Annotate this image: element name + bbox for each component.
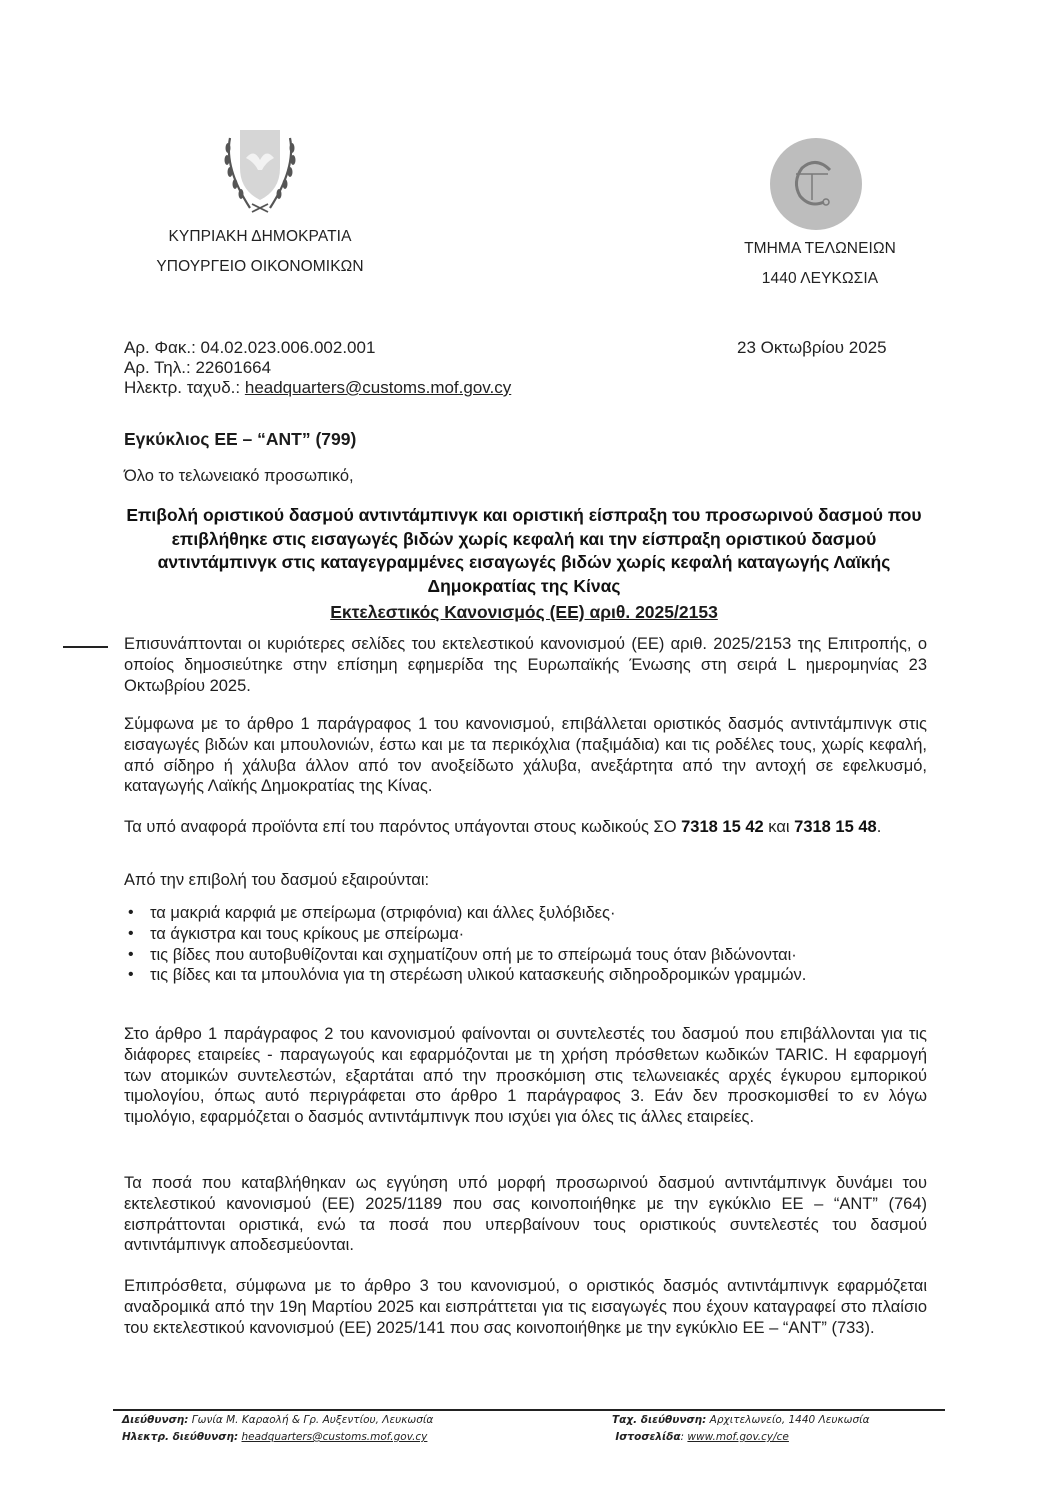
department-name: ΤΜΗΜΑ ΤΕΛΩΝΕΙΩΝ (730, 240, 910, 258)
document-date: 23 Οκτωβρίου 2025 (737, 338, 887, 358)
exclusions-list: τα μακριά καρφιά με σπείρωμα (στριφόνια)… (124, 903, 927, 986)
footer-website: Ιστοσελίδα: www.mof.gov.cy/ce (612, 1429, 870, 1446)
paragraph-article-1-2: Στο άρθρο 1 παράγραφος 2 του κανονισμού … (124, 1024, 927, 1128)
list-item: τις βίδες που αυτοβυθίζονται και σχηματί… (124, 945, 927, 966)
cyprus-coat-of-arms-icon (210, 128, 310, 220)
margin-dash (63, 646, 108, 648)
paragraph-attachments: Επισυνάπτονται οι κυριότερες σελίδες του… (124, 634, 927, 696)
footer-address: Διεύθυνση: Γωνία Μ. Καραολή & Γρ. Αυξεντ… (122, 1412, 433, 1429)
ministry-name: ΥΠΟΥΡΓΕΙΟ ΟΙΚΟΝΟΜΙΚΩΝ (140, 258, 380, 276)
paragraph-exclusions-intro: Από την επιβολή του δασμού εξαιρούνται: (124, 870, 927, 891)
paragraph-cn-codes: Τα υπό αναφορά προϊόντα επί του παρόντος… (124, 817, 927, 838)
paragraph-provisional-duty: Τα ποσά που καταβλήθηκαν ως εγγύηση υπό … (124, 1173, 927, 1256)
file-number: 04.02.023.006.002.001 (201, 338, 376, 357)
footer-email: Ηλεκτρ. διεύθυνση: headquarters@customs.… (122, 1429, 433, 1446)
email-link[interactable]: headquarters@customs.mof.gov.cy (245, 378, 511, 397)
cn-code: 7318 15 48 (794, 818, 877, 836)
paragraph-article-1-1: Σύμφωνα με το άρθρο 1 παράγραφος 1 του κ… (124, 714, 927, 797)
footer-right: Ταχ. διεύθυνση: Αρχιτελωνείο, 1440 Λευκω… (612, 1412, 870, 1446)
reference-block: Αρ. Φακ.: 04.02.023.006.002.001 Αρ. Τηλ.… (124, 338, 511, 398)
list-item: τα άγκιστρα και τους κρίκους με σπείρωμα… (124, 924, 927, 945)
footer-email-link[interactable]: headquarters@customs.mof.gov.cy (242, 1431, 428, 1443)
paragraph-retroactive: Επιπρόσθετα, σύμφωνα με το άρθρο 3 του κ… (124, 1276, 927, 1338)
footer-left: Διεύθυνση: Γωνία Μ. Καραολή & Γρ. Αυξεντ… (122, 1412, 433, 1446)
footer-website-link[interactable]: www.mof.gov.cy/ce (687, 1431, 788, 1443)
regulation-heading: Εκτελεστικός Κανονισμός (ΕΕ) αριθ. 2025/… (118, 602, 930, 623)
phone-line: Αρ. Τηλ.: 22601664 (124, 358, 511, 378)
department-city: 1440 ΛΕΥΚΩΣΙΑ (730, 270, 910, 288)
footer-postal: Ταχ. διεύθυνση: Αρχιτελωνείο, 1440 Λευκω… (612, 1412, 870, 1429)
list-item: τις βίδες και τα μπουλόνια για τη στερέω… (124, 965, 927, 986)
footer-divider (113, 1409, 945, 1411)
circular-reference: Εγκύκλιος ΕΕ – “ANT” (799) (124, 429, 356, 450)
email-line: Ηλεκτρ. ταχυδ.: headquarters@customs.mof… (124, 378, 511, 398)
phone-number: 22601664 (195, 358, 271, 377)
subject-title: Επιβολή οριστικού δασμού αντιντάμπινγκ κ… (118, 504, 930, 598)
file-number-line: Αρ. Φακ.: 04.02.023.006.002.001 (124, 338, 511, 358)
customs-department-seal-icon (770, 138, 862, 230)
republic-name: ΚΥΠΡΙΑΚΗ ΔΗΜΟΚΡΑΤΙΑ (140, 228, 380, 246)
cn-code: 7318 15 42 (681, 818, 764, 836)
list-item: τα μακριά καρφιά με σπείρωμα (στριφόνια)… (124, 903, 927, 924)
salutation: Όλο το τελωνειακό προσωπικό, (124, 467, 354, 486)
